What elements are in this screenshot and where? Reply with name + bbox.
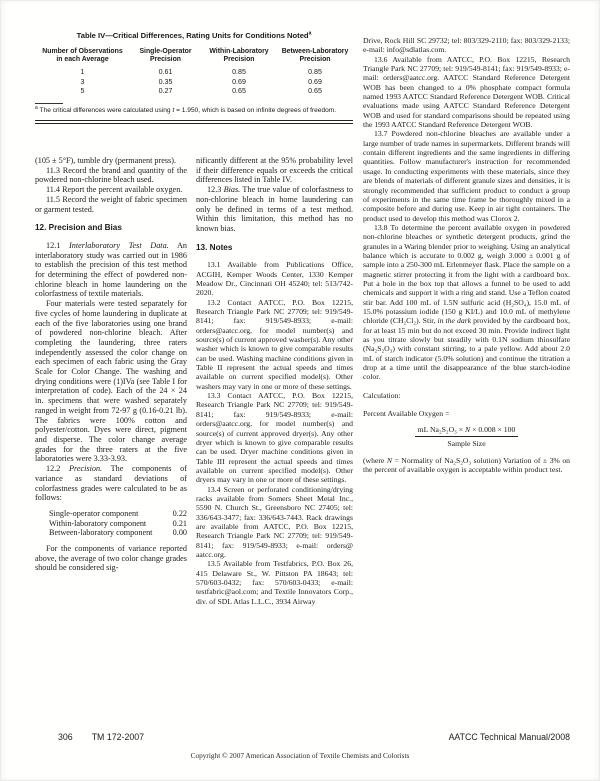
note-13-5: 13.5 Available from Testfabrics, P.O. Bo… [196, 559, 353, 606]
fraction: mL Na₂S₂O₃ × N × 0.008 × 100 Sample Size [415, 425, 519, 448]
fraction-denominator: Sample Size [415, 437, 519, 448]
column-right: Drive, Rock Hill SC 29732; tel: 803/329-… [363, 36, 570, 475]
formula-variable-n: N [387, 456, 392, 465]
italic-phrase: in the dark [437, 316, 471, 325]
table-cell: 1 [35, 68, 130, 77]
table-cell: 0.85 [201, 68, 277, 77]
paragraph-continuation: nificantly different at the 95% probabil… [196, 156, 353, 185]
component-label: Single-operator component [49, 509, 138, 519]
italic-phrase: Precision. [69, 464, 102, 473]
footnote-italic-t: t [172, 107, 174, 114]
table-row: 3 0.35 0.69 0.69 [35, 78, 353, 87]
footer-left: 306 TM 172-2007 [58, 732, 144, 742]
table-cell: 0.65 [277, 87, 353, 96]
note-13-3: 13.3 Contact AATCC, P.O. Box 12215, Rese… [196, 391, 353, 484]
table-bottom-rule [35, 120, 353, 124]
table-col-header-observations: Number of Observationsin each Average [35, 48, 130, 64]
table-title-footnote-marker: a [309, 30, 312, 36]
header-line: Precision [299, 56, 330, 63]
section-heading-13: 13. Notes [196, 243, 353, 253]
notes-block: 13.1 Available from Publications Office,… [196, 260, 353, 606]
formula-lhs: Percent Available Oxygen = [363, 409, 570, 418]
table-cell: 0.69 [277, 78, 353, 87]
section-number: 12.1 [46, 241, 60, 250]
component-label: Between-laboratory component [49, 528, 152, 538]
formula-variable-n: N [465, 425, 470, 434]
header-line: Precision [223, 56, 254, 63]
note-13-8: 13.8 To determine the percent available … [363, 223, 570, 382]
component-value: 0.22 [173, 509, 187, 519]
paragraph-11-4: 11.4 Report the percent available oxygen… [35, 185, 187, 195]
paragraph-12-2b: For the components of variance reported … [35, 544, 187, 573]
italic-phrase: Interlaboratory Test Data. [69, 241, 169, 250]
formula-text: × 0.008 × 100 [472, 425, 515, 434]
note-13-4: 13.4 Screen or perforated conditioning/d… [196, 485, 353, 560]
copyright-notice: Copyright © 2007 American Association of… [0, 751, 600, 760]
note-13-2: 13.2 Contact AATCC, P.O. Box 12215, Rese… [196, 298, 353, 391]
footnote-rule [35, 103, 63, 104]
header-line: Within-Laboratory [209, 48, 268, 55]
header-line: Between-Laboratory [282, 48, 349, 55]
table-cell: 0.27 [130, 87, 201, 96]
list-item: Between-laboratory component0.00 [49, 528, 187, 538]
table-cell: 3 [35, 78, 130, 87]
document-page: Table IV—Critical Differences, Rating Un… [0, 0, 600, 781]
table-col-header-within-laboratory: Within-LaboratoryPrecision [201, 48, 277, 64]
table-cell: 0.61 [130, 68, 201, 77]
footnote-text: The critical differences were calculated… [40, 107, 171, 114]
note-13-6: 13.6 Available from AATCC, P.O. Box 1221… [363, 55, 570, 130]
section-number: 12.2 [46, 464, 60, 473]
component-value: 0.21 [173, 519, 187, 529]
list-item: Single-operator component0.22 [49, 509, 187, 519]
section-heading-12: 12. Precision and Bias [35, 223, 187, 233]
manual-title: AATCC Technical Manual/2008 [449, 732, 570, 742]
footnote-text: = 1.950, which is based on infinite degr… [176, 107, 336, 114]
column-left: (105 ± 5°F), tumble dry (permanent press… [35, 156, 187, 573]
footnote-marker: a [35, 105, 38, 111]
table-header-row: Number of Observationsin each Average Si… [35, 48, 353, 64]
table-iv: Table IV—Critical Differences, Rating Un… [35, 31, 353, 124]
paragraph-12-2: 12.2 Precision. The components of varian… [35, 464, 187, 503]
header-line: Single-Operator [139, 48, 191, 55]
paragraph-11-3: 11.3 Record the brand and quantity of th… [35, 166, 187, 185]
component-label: Within-laboratory component [49, 519, 146, 529]
table-cell: 5 [35, 87, 130, 96]
section-number: 12.3 [207, 185, 221, 194]
paragraph-11-5: 11.5 Record the weight of fabric specime… [35, 195, 187, 214]
table-title-text: Table IV—Critical Differences, Rating Un… [77, 31, 309, 40]
document-code: TM 172-2007 [92, 732, 144, 742]
paragraph-12-3: 12.3 Bias. The true value of colorfastne… [196, 185, 353, 234]
note-13-1: 13.1 Available from Publications Office,… [196, 260, 353, 297]
column-middle: nificantly different at the 95% probabil… [196, 156, 353, 606]
header-line: in each Average [56, 56, 108, 63]
note-13-5-continuation: Drive, Rock Hill SC 29732; tel: 803/329-… [363, 36, 570, 55]
fraction-numerator: mL Na₂S₂O₃ × N × 0.008 × 100 [415, 425, 519, 437]
italic-phrase: Bias. [224, 185, 241, 194]
table-col-header-single-operator: Single-OperatorPrecision [130, 48, 201, 64]
table-title: Table IV—Critical Differences, Rating Un… [35, 31, 353, 40]
table-row: 1 0.61 0.85 0.85 [35, 68, 353, 77]
paragraph-text: 13.8 To determine the percent available … [363, 223, 570, 325]
header-line: Precision [150, 56, 181, 63]
variance-components-list: Single-operator component0.22 Within-lab… [49, 509, 187, 538]
header-line: Number of Observations [42, 48, 122, 55]
list-item: Within-laboratory component0.21 [49, 519, 187, 529]
table-cell: 0.69 [201, 78, 277, 87]
table-cell: 0.85 [277, 68, 353, 77]
paragraph-text: provided by the cardboard box, for at le… [363, 316, 570, 381]
note-13-7: 13.7 Powdered non-chlorine bleaches are … [363, 129, 570, 222]
page-number: 306 [58, 732, 73, 742]
paragraph-text: = Normality of Na₂S₂O₃ solution) Variati… [363, 456, 570, 474]
table-cell: 0.65 [201, 87, 277, 96]
table-footnote: a The critical differences were calculat… [35, 107, 353, 115]
paragraph-12-1: 12.1 Interlaboratory Test Data. An inter… [35, 241, 187, 299]
paragraph-continuation: (105 ± 5°F), tumble dry (permanent press… [35, 156, 187, 166]
table-col-header-between-laboratory: Between-LaboratoryPrecision [277, 48, 353, 64]
paragraph-text: (where [363, 456, 384, 465]
paragraph-12-1b: Four materials were tested separately fo… [35, 299, 187, 464]
table-row: 5 0.27 0.65 0.65 [35, 87, 353, 96]
formula-note: (where N = Normality of Na₂S₂O₃ solution… [363, 456, 570, 475]
calculation-label: Calculation: [363, 391, 570, 400]
table-cell: 0.35 [130, 78, 201, 87]
formula: mL Na₂S₂O₃ × N × 0.008 × 100 Sample Size [363, 425, 570, 448]
component-value: 0.00 [173, 528, 187, 538]
formula-text: mL Na₂S₂O₃ × [418, 425, 463, 434]
